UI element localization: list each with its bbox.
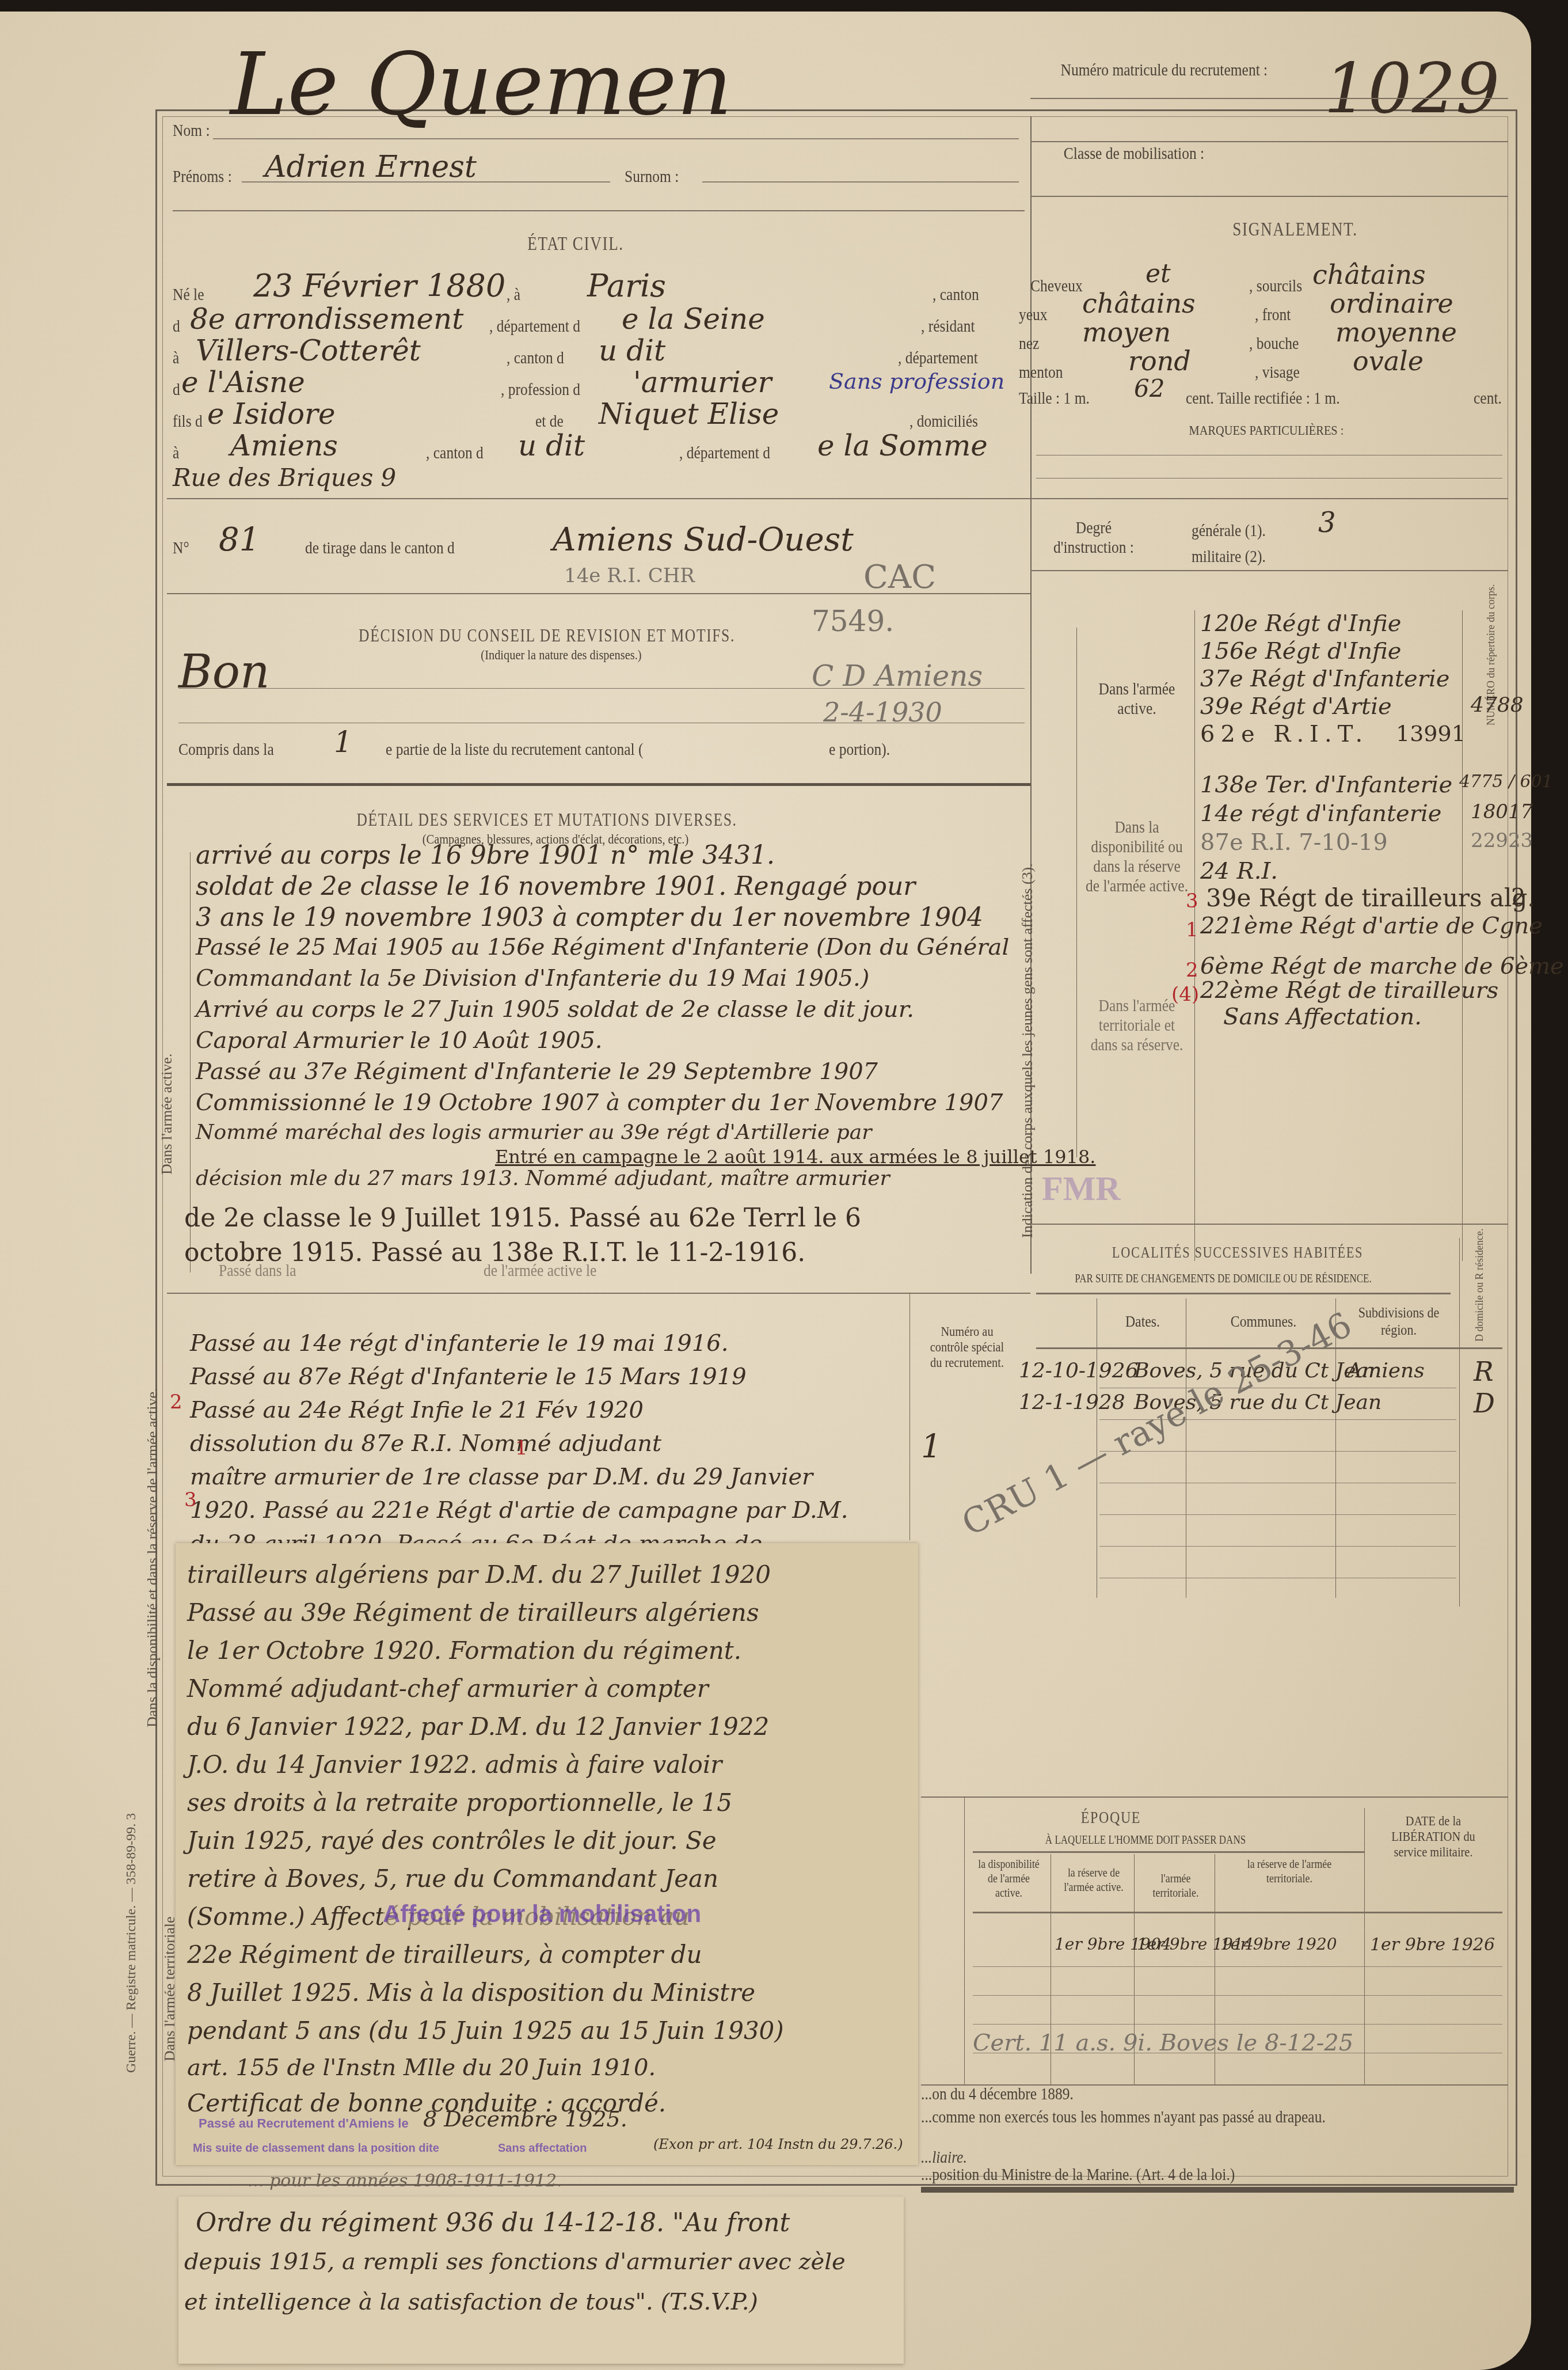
nez-label: nez	[1019, 334, 1039, 354]
ordre-line: et intelligence à la satisfaction de tou…	[184, 2289, 758, 2315]
corps-entry: 62e R.I.T.	[1200, 721, 1368, 747]
corps-entry: 156e Régt d'Infie	[1200, 638, 1401, 664]
service-line: Passé le 25 Mai 1905 au 156e Régiment d'…	[196, 934, 1009, 960]
prenoms-label: Prénoms :	[173, 167, 232, 187]
slip-line: ses droits à la retraite proportionnelle…	[187, 1788, 732, 1817]
divider	[167, 1293, 1030, 1294]
etat-civil-title: ÉTAT CIVIL.	[437, 233, 714, 255]
register-page: Nom : Le Quemen Prénoms : Adrien Ernest …	[0, 12, 1531, 2370]
birth-date: 23 Février 1880	[253, 268, 505, 304]
visage-value: ovale	[1353, 345, 1424, 377]
margin-print: Guerre. — Registre matricule. — 358-89-9…	[124, 1813, 139, 2073]
epoque-header: la réserve de l'armée territoriale.	[1228, 1857, 1351, 1886]
footer-line-2: ...comme non exercés tous les hommes n'a…	[921, 2107, 1326, 2127]
decision-title: DÉCISION DU CONSEIL DE REVISION ET MOTIF…	[317, 625, 777, 646]
domicilies-a-label: à	[173, 443, 179, 463]
service-cont-line: dissolution du 87e R.I. Nommé adjudant	[190, 1430, 661, 1457]
compris-rest: e partie de la liste du recrutement cant…	[386, 740, 643, 759]
red-mark: 1	[1186, 918, 1198, 941]
epoque-title: ÉPOQUE	[1042, 1808, 1180, 1828]
passe-label: Passé dans la	[219, 1261, 296, 1281]
residence-canton: u dit	[599, 334, 665, 367]
departement2-label: , département	[898, 348, 978, 368]
bouche-label: , bouche	[1249, 334, 1299, 354]
profession-label: , profession d	[501, 380, 580, 400]
marques-title: MARQUES PARTICULIÈRES :	[1169, 423, 1364, 439]
taille-value: 62	[1134, 374, 1164, 402]
portion-label: e portion).	[829, 740, 890, 759]
corps-entry: 138e Ter. d'Infanterie	[1200, 772, 1452, 798]
tirage-number: 81	[219, 521, 260, 559]
ruled-line	[1036, 455, 1502, 455]
birth-departement: e la Seine	[622, 302, 765, 336]
slip-line: le 1er Octobre 1920. Formation du régime…	[187, 1636, 741, 1665]
recrutement-stamp-date: 8 Décembre 1925.	[423, 2106, 627, 2132]
service-line: de 2e classe le 9 Juillet 1915. Passé au…	[184, 1203, 861, 1233]
taille-rest: cent. Taille rectifiée : 1 m.	[1186, 389, 1340, 408]
ne-le-label: Né le	[173, 285, 204, 305]
signalement-title: SIGNALEMENT.	[1203, 219, 1387, 241]
slip-line: pendant 5 ans (du 15 Juin 1925 au 15 Jui…	[187, 2016, 784, 2045]
slip-line: du 6 Janvier 1922, par D.M. du 12 Janvie…	[187, 1712, 769, 1741]
side-label-dispo: Dans la disponibilité et dans la réserve…	[144, 1388, 161, 1727]
prenoms-value: Adrien Ernest	[265, 150, 477, 184]
row-rule	[1099, 1514, 1456, 1515]
corps-vertical-label: Indication des corps auxquels les jeunes…	[1019, 863, 1036, 1238]
divider	[1030, 498, 1508, 499]
menton-value: rond	[1128, 345, 1191, 377]
localite-subdivision: Amiens	[1347, 1359, 1425, 1382]
decision-value: Bon	[178, 645, 269, 698]
profession-note: Sans profession	[829, 369, 1004, 394]
tirage-label: de tirage dans le canton d	[305, 538, 455, 558]
divider	[1030, 196, 1508, 197]
epoque-date-header: DATE de la LIBÉRATION du service militai…	[1380, 1814, 1487, 1860]
slip-line: Passé au 39e Régiment de tirailleurs alg…	[187, 1598, 759, 1627]
compris-value: 1	[334, 726, 352, 759]
ordre-line: depuis 1915, a rempli ses fonctions d'ar…	[184, 2249, 846, 2275]
localite-dr: D	[1474, 1388, 1495, 1419]
parents-address: Rue des Briques 9	[173, 464, 396, 492]
row-rule	[973, 2024, 1502, 2025]
birth-place: Paris	[587, 268, 666, 304]
divider	[173, 210, 1025, 211]
row-rule	[973, 1966, 1502, 1967]
canton2-label: , canton d	[507, 348, 564, 368]
ruled-line	[178, 723, 1025, 723]
instruction-generale-label: générale (1).	[1192, 521, 1266, 541]
residence: Villers-Cotterêt	[196, 334, 421, 367]
ornament-line	[1036, 1293, 1451, 1294]
divider	[1030, 141, 1508, 142]
footer-line-4: ...position du Ministre de la Marine. (A…	[921, 2165, 1235, 2185]
passe-rest: de l'armée active le	[484, 1261, 596, 1281]
ornament-line	[973, 1851, 1364, 1853]
front-label: , front	[1255, 305, 1291, 325]
red-mark: 3	[1186, 890, 1198, 913]
corps-divider	[1076, 628, 1077, 1157]
surnom-line	[702, 181, 1019, 183]
service-cont-line: Passé au 24e Régt Infie le 21 Fév 1920	[190, 1397, 644, 1423]
father-name: e Isidore	[207, 397, 336, 431]
ordre-slip: Ordre du régiment 936 du 14-12-18. "Au f…	[178, 2197, 904, 2364]
compris-label: Compris dans la	[178, 740, 274, 759]
corps-entry-num: 4788	[1471, 693, 1524, 717]
localites-subtitle: PAR SUITE DE CHANGEMENTS DE DOMICILE OU …	[1055, 1273, 1392, 1286]
et-de-label: et de	[535, 412, 564, 431]
tirage-no-label: N°	[173, 538, 189, 558]
parents-canton: u dit	[518, 429, 585, 462]
header-subdivisions: Subdivisions de région.	[1350, 1304, 1448, 1339]
red-mark: 2	[1186, 959, 1198, 982]
profession-value: 'armurier	[633, 366, 771, 399]
covered-line: ... pour les années 1908-1911-1912.	[248, 2171, 562, 2191]
services-title: DÉTAIL DES SERVICES ET MUTATIONS DIVERSE…	[340, 809, 754, 830]
footer-line-1: ...on du 4 décembre 1889.	[921, 2084, 1074, 2104]
corps-entry: 6ème Régt de marche de 6ème	[1200, 953, 1564, 979]
taille-cent: cent.	[1474, 389, 1502, 408]
divider	[167, 593, 1030, 594]
divider	[167, 783, 1030, 786]
corps-entry-num: 2	[1511, 884, 1525, 910]
instruction-label: Degré d'instruction :	[1045, 518, 1143, 557]
corps-entry: 120e Régt d'Infie	[1200, 610, 1401, 637]
canton-label: , canton	[933, 285, 979, 305]
epoque-subtitle: À LAQUELLE L'HOMME DOIT PASSER DANS	[1004, 1834, 1288, 1847]
service-cont-line: Passé au 87e Régt d'Infanterie le 15 Mar…	[190, 1363, 747, 1390]
active-label: Dans l'armée active.	[1090, 679, 1183, 719]
service-line: Arrivé au corps le 27 Juin 1905 soldat d…	[196, 996, 914, 1023]
instruction-militaire-label: militaire (2).	[1192, 547, 1266, 567]
matricule-value: 1029	[1324, 49, 1500, 129]
corps-entry: 39e Régt de tirailleurs alg.	[1206, 884, 1535, 912]
corps-entry: Sans Affectation.	[1223, 1004, 1422, 1030]
corps-entry-num: 18017	[1471, 800, 1533, 823]
epoque-header: la disponibilité de l'armée active.	[973, 1857, 1044, 1900]
fils-de-label: fils d	[173, 412, 203, 431]
slip-line: 22e Régiment de tirailleurs, à compter d…	[187, 1940, 702, 1969]
row-rule	[973, 1995, 1502, 1996]
localite-date: 12-1-1928	[1019, 1391, 1125, 1414]
canton-d-label: d	[173, 317, 180, 336]
header-dates: Dates.	[1106, 1313, 1179, 1331]
sourcils-label: , sourcils	[1249, 276, 1302, 296]
visage-label: , visage	[1255, 363, 1300, 382]
mobilisation-stamp: Affecté pour la mobilisation	[383, 1900, 701, 1928]
corps-entry: 39e Régt d'Artie	[1200, 693, 1392, 720]
nom-line	[213, 138, 1019, 139]
ruled-line	[178, 688, 1025, 689]
service-line: décision mle du 27 mars 1913. Nommé adju…	[196, 1167, 890, 1190]
recrutement-stamp: Passé au Recrutement d'Amiens le	[199, 2116, 409, 2131]
side-number: 1	[921, 1428, 942, 1465]
slip-line: 8 Juillet 1925. Mis à la disposition du …	[187, 1978, 755, 2007]
classement-stamp: Mis suite de classement dans la position…	[193, 2142, 439, 2155]
campaign-note: Entré en campagne le 2 août 1914. aux ar…	[495, 1146, 1095, 1168]
front-value: ordinaire	[1330, 288, 1453, 319]
header-dr: D domicile ou R résidence.	[1474, 1229, 1486, 1342]
header-rule	[973, 1912, 1502, 1913]
divider	[167, 498, 1030, 499]
epoque-col	[964, 1797, 965, 2084]
corps-entry: 22ème Régt de tirailleurs	[1200, 977, 1498, 1004]
service-line: Commandant la 5e Division d'Infanterie d…	[196, 965, 869, 992]
service-cont-line: Passé au 14e régt d'infanterie le 19 mai…	[190, 1330, 728, 1357]
slip-line: tirailleurs algériens par D.M. du 27 Jui…	[187, 1560, 771, 1589]
decision-subtitle: (Indiquer la nature des dispenses.)	[451, 648, 672, 663]
epoque-header: la réserve de l'armée active.	[1060, 1866, 1128, 1894]
service-line: Commissionné le 19 Octobre 1907 à compte…	[196, 1089, 1003, 1116]
fmr-stamp: FMR	[1042, 1169, 1121, 1209]
corps-entry-num: 4775 / 601	[1459, 772, 1553, 792]
corps-entry-num: 22923	[1471, 829, 1533, 852]
parents-departement: e la Somme	[817, 429, 988, 462]
yeux-value: châtains	[1082, 288, 1196, 319]
divider	[1030, 98, 1508, 99]
slip-line: art. 155 de l'Instn Mlle du 20 Juin 1910…	[187, 2054, 656, 2081]
epoque-value: 1er 9bre 1926	[1370, 1935, 1495, 1955]
corps-entry: 14e régt d'infanterie	[1200, 800, 1441, 827]
red-mark: (4)	[1171, 983, 1199, 1006]
epoque-header: l'armée territoriale.	[1143, 1871, 1209, 1900]
corps-entry-num: 13991	[1396, 721, 1466, 746]
parents-residence: Amiens	[230, 429, 338, 462]
sourcils-value: châtains	[1312, 259, 1426, 290]
corps-entry: 87e R.I. 7-10-19	[1200, 829, 1388, 856]
cheveux-value: et	[1145, 259, 1171, 288]
row-rule	[1099, 1483, 1456, 1483]
service-line: Passé au 37e Régiment d'Infanterie le 29…	[196, 1058, 878, 1085]
red-mark: 3	[184, 1488, 197, 1511]
residant-a-label: à	[173, 348, 179, 368]
pencil-note-3: 7549.	[812, 605, 894, 638]
slip-line: Nommé adjudant-chef armurier à compter	[187, 1674, 709, 1703]
footer-line-3: ...liaire.	[921, 2148, 967, 2167]
epoque-value: 1er 9bre 1920	[1220, 1935, 1337, 1954]
slip-line: retire à Boves, 5, rue du Commandant Jea…	[187, 1864, 718, 1893]
nez-value: moyen	[1082, 317, 1171, 348]
numero-column-line	[909, 1293, 910, 1540]
residence-departement: e l'Aisne	[181, 366, 305, 399]
ruled-line	[1036, 478, 1502, 478]
cheveux-label: Cheveux	[1030, 276, 1083, 296]
residant-label: , résidant	[921, 317, 975, 336]
service-cont-line: 1920. Passé au 221e Régt d'artie de camp…	[190, 1497, 848, 1524]
departement2-d-label: d	[173, 380, 180, 400]
slip-line: J.O. du 14 Janvier 1922. admis à faire v…	[187, 1750, 722, 1779]
epoque-col	[1364, 1808, 1365, 2084]
pasted-slip: tirailleurs algériens par D.M. du 27 Jui…	[176, 1543, 918, 2165]
service-line: arrivé au corps le 16 9bre 1901 n° mle 3…	[196, 841, 775, 870]
divider	[1030, 1224, 1508, 1225]
prenoms-line	[242, 181, 610, 183]
departement-label: , département d	[489, 317, 580, 336]
row-rule	[1099, 1578, 1456, 1578]
service-line: Caporal Armurier le 10 Août 1905.	[196, 1027, 603, 1054]
departement3-label: , département d	[679, 443, 770, 463]
pencil-note-1: 14e R.I. CHR	[564, 564, 695, 587]
table-col	[1459, 1238, 1460, 1606]
service-line: Nommé maréchal des logis armurier au 39e…	[196, 1121, 871, 1144]
red-mark: 1	[515, 1437, 528, 1460]
row-rule	[1099, 1388, 1456, 1388]
localite-date: 12-10-1926	[1019, 1359, 1139, 1382]
exoneration-note: (Exon pr art. 104 Instn du 29.7.26.)	[653, 2136, 903, 2152]
surnom-label: Surnom :	[625, 167, 679, 187]
tirage-canton: Amiens Sud-Ouest	[553, 521, 854, 559]
menton-label: menton	[1019, 363, 1063, 382]
corps-entry: 221ème Régt d'artie de Cgne	[1200, 913, 1543, 939]
service-line: soldat de 2e classe le 16 novembre 1901.…	[196, 872, 915, 901]
red-mark: 2	[170, 1391, 182, 1414]
numero-header: Numéro au contrôle spécial du recrutemen…	[923, 1324, 1011, 1371]
slip-line: Juin 1925, rayé des contrôles le dit jou…	[187, 1826, 717, 1855]
localites-title: LOCALITÉS SUCCESSIVES HABITÉES	[1099, 1244, 1376, 1262]
birth-canton: 8e arrondissement	[190, 302, 463, 336]
classe-label: Classe de mobilisation :	[1061, 144, 1208, 164]
taille-label: Taille : 1 m.	[1019, 389, 1090, 408]
yeux-label: yeux	[1019, 305, 1048, 325]
table-col	[1186, 1298, 1186, 1598]
domicilies-label: , domiciliés	[909, 412, 978, 431]
divider	[921, 1797, 1508, 1798]
sans-affectation-stamp: Sans affectation	[498, 2142, 587, 2155]
dispo-label: Dans la disponibilité ou dans la réserve…	[1086, 818, 1189, 896]
frame-bottom	[921, 2187, 1514, 2193]
divider	[1030, 570, 1508, 571]
localite-dr: R	[1474, 1356, 1494, 1387]
canton3-label: , canton d	[426, 443, 484, 463]
service-cont-line: maître armurier de 1re classe par D.M. d…	[190, 1464, 813, 1490]
corps-entry: 37e Régt d'Infanterie	[1200, 666, 1449, 692]
a-label: , à	[507, 285, 520, 305]
side-label-active: Dans l'armée active.	[158, 1054, 176, 1175]
mother-name: Niquet Elise	[599, 397, 779, 431]
corps-entry: 24 R.I.	[1200, 858, 1278, 884]
row-rule	[973, 2053, 1502, 2053]
ordre-line: Ordre du régiment 936 du 14-12-18. "Au f…	[196, 2208, 790, 2238]
nom-value: Le Quemen	[230, 35, 732, 135]
bouche-value: moyenne	[1335, 317, 1457, 348]
matricule-label: Numéro matricule du recrutement :	[1061, 60, 1208, 80]
instruction-generale-value: 3	[1318, 507, 1336, 539]
pencil-note-2: CAC	[863, 559, 936, 596]
nom-label: Nom :	[173, 121, 210, 140]
row-rule	[1099, 1451, 1456, 1452]
row-rule	[1099, 1546, 1456, 1547]
service-line: 3 ans le 19 novembre 1903 à compter du 1…	[196, 903, 983, 932]
